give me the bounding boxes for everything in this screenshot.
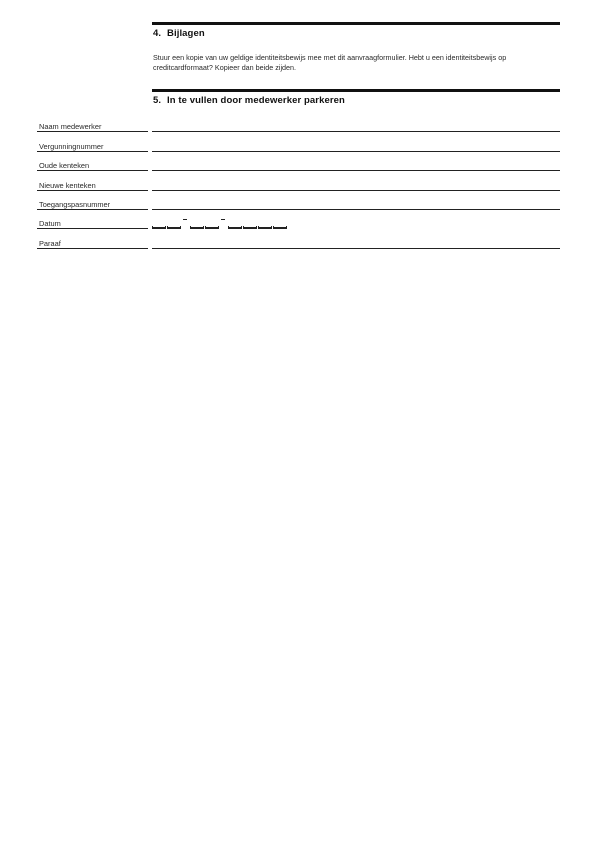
section-5-rule xyxy=(152,89,560,92)
section-5-heading: 5.In te vullen door medewerker parkeren xyxy=(153,95,345,106)
form-row-nieuwe-kenteken: Nieuwe kenteken xyxy=(0,171,603,191)
paraaf-field[interactable] xyxy=(152,248,560,249)
form-row-naam-medewerker: Naam medewerker xyxy=(0,112,603,132)
section-4-body: Stuur een kopie van uw geldige identitei… xyxy=(153,53,561,73)
form-row-oude-kenteken: Oude kenteken xyxy=(0,151,603,171)
section-4-heading: 4.Bijlagen xyxy=(153,28,205,39)
paraaf-label: Paraaf xyxy=(39,239,61,248)
naam-medewerker-label: Naam medewerker xyxy=(39,122,101,131)
date-separator xyxy=(182,219,189,229)
vergunningnummer-label: Vergunningnummer xyxy=(39,142,104,151)
form-row-vergunningnummer: Vergunningnummer xyxy=(0,132,603,152)
section-4-rule xyxy=(152,22,560,25)
datum-field[interactable] xyxy=(152,219,288,229)
datum-label: Datum xyxy=(39,219,61,228)
nieuwe-kenteken-label: Nieuwe kenteken xyxy=(39,181,96,190)
form-page: 4.Bijlagen Stuur een kopie van uw geldig… xyxy=(0,0,603,849)
form-row-datum: Datum xyxy=(0,209,603,229)
section-4-number: 4. xyxy=(153,28,167,39)
section-4-title: Bijlagen xyxy=(167,28,205,39)
form-row-toegangspasnummer: Toegangspasnummer xyxy=(0,190,603,210)
form-row-paraaf: Paraaf xyxy=(0,229,603,249)
oude-kenteken-label: Oude kenteken xyxy=(39,161,89,170)
date-separator xyxy=(220,219,227,229)
section-5-number: 5. xyxy=(153,95,167,106)
toegangspasnummer-label: Toegangspasnummer xyxy=(39,200,110,209)
label-underline xyxy=(37,248,148,249)
section-5-title: In te vullen door medewerker parkeren xyxy=(167,95,345,106)
